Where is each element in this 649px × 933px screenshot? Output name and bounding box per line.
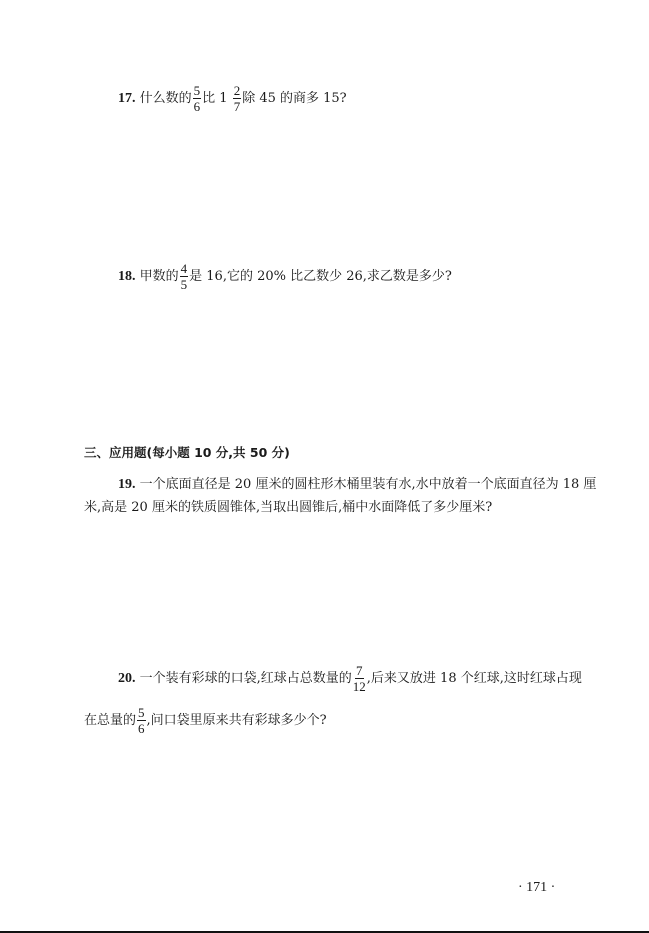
problem-number: 20.	[118, 671, 136, 686]
problem-text: 除 45 的商多 15?	[242, 91, 346, 106]
problem-18: 18. 甲数的45是 16,它的 20% 比乙数少 26,求乙数是多少?	[118, 262, 452, 291]
fraction: 56	[193, 84, 202, 113]
problem-number: 19.	[118, 477, 136, 492]
problem-text: 是 16,它的 20% 比乙数少 26,求乙数是多少?	[189, 269, 452, 284]
problem-19-line-2: 米,高是 20 厘米的铁质圆锥体,当取出圆锥后,桶中水面降低了多少厘米?	[84, 501, 492, 514]
page-number: · 171 ·	[518, 880, 555, 896]
fraction: 56	[137, 706, 146, 735]
problem-text: 在总量的	[84, 713, 136, 728]
problem-20-line-1: 20. 一个装有彩球的口袋,红球占总数量的712,后来又放进 18 个红球,这时…	[118, 664, 582, 693]
problem-text: 比 1	[202, 91, 227, 106]
problem-number: 18.	[118, 269, 136, 284]
problem-text: ,问口袋里原来共有彩球多少个?	[147, 713, 327, 728]
problem-17: 17. 什么数的56比 1 27除 45 的商多 15?	[118, 84, 347, 113]
problem-19-line-1: 19. 一个底面直径是 20 厘米的圆柱形木桶里装有水,水中放着一个底面直径为 …	[118, 478, 596, 492]
problem-text: ,后来又放进 18 个红球,这时红球占现	[367, 671, 582, 686]
fraction: 712	[353, 664, 366, 693]
problem-text: 甲数的	[140, 269, 179, 284]
problem-text: 米,高是 20 厘米的铁质圆锥体,当取出圆锥后,桶中水面降低了多少厘米?	[84, 500, 492, 515]
problem-text: 一个装有彩球的口袋,红球占总数量的	[140, 671, 352, 686]
problem-text: 什么数的	[140, 91, 192, 106]
problem-text: 一个底面直径是 20 厘米的圆柱形木桶里装有水,水中放着一个底面直径为 18 厘	[140, 477, 597, 492]
section-heading: 三、应用题(每小题 10 分,共 50 分)	[84, 443, 290, 461]
fraction: 45	[180, 262, 189, 291]
fraction: 27	[233, 84, 242, 113]
problem-number: 17.	[118, 91, 136, 106]
problem-20-line-2: 在总量的56,问口袋里原来共有彩球多少个?	[84, 706, 327, 735]
